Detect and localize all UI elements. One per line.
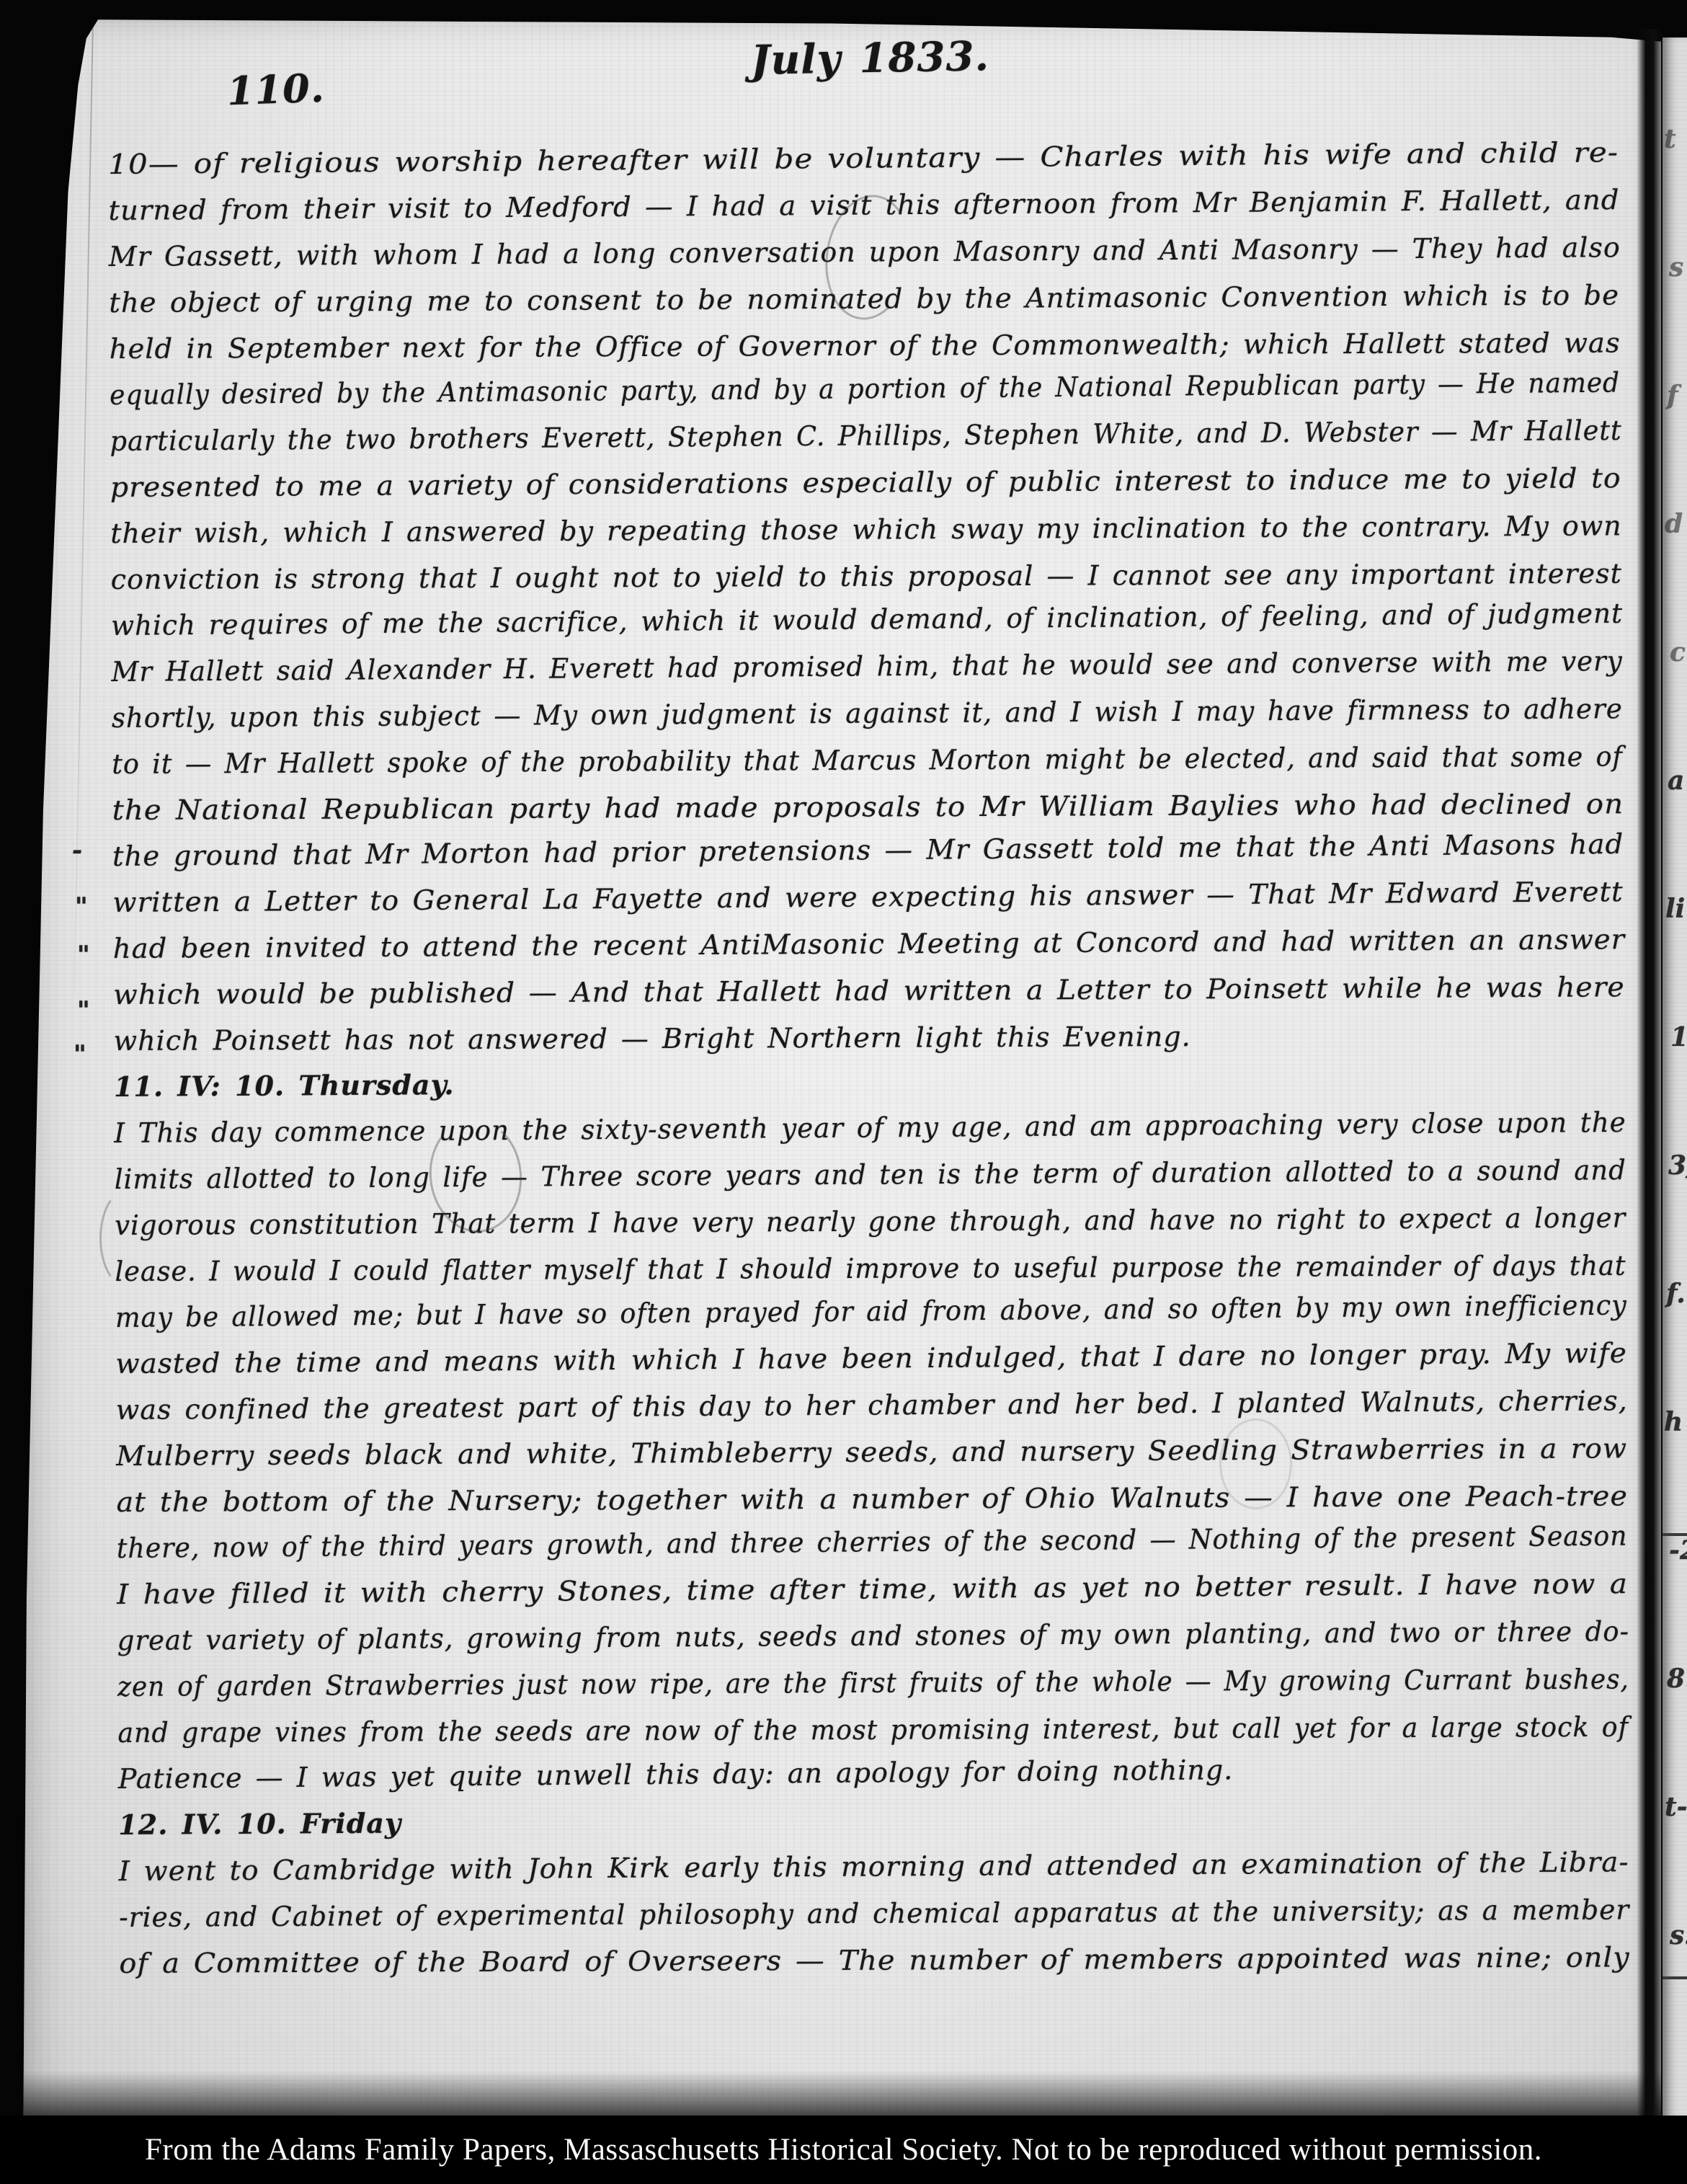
diary-line: had been invited to attend the recent An… [113, 916, 1624, 972]
pencil-annotation-circle [1219, 1419, 1292, 1509]
facing-page-text-fragment: f [1667, 381, 1678, 411]
page-number: 110. [226, 65, 326, 115]
diary-line: I went to Cambridge with John Kirk early… [118, 1839, 1629, 1894]
facing-page-text-fragment: -2 [1669, 1535, 1687, 1566]
diary-line: to it — Mr Hallett spoke of the probabil… [112, 732, 1623, 787]
diary-line: -ries, and Cabinet of experimental philo… [119, 1885, 1630, 1940]
diary-line: was confined the greatest part of this d… [116, 1377, 1627, 1433]
facing-page-text-fragment: 1: [1670, 1022, 1687, 1052]
facing-page-text-fragment: c [1670, 637, 1686, 667]
scanned-manuscript-photo: 110. July 1833. 10— of religious worship… [0, 0, 1687, 2184]
manuscript-page: 110. July 1833. 10— of religious worship… [0, 0, 1661, 2132]
facing-page-text-fragment: li [1665, 894, 1685, 924]
diary-body-text: 10— of religious worship hereafter will … [108, 132, 1631, 1987]
date-header: July 1833. [750, 32, 989, 84]
diary-line: which would be published — And that Hall… [113, 962, 1624, 1018]
caption-band: From the Adams Family Papers, Massaschus… [0, 2116, 1687, 2184]
diary-line: their wish, which I answered by repeatin… [110, 501, 1621, 556]
archive-caption: From the Adams Family Papers, Massaschus… [145, 2132, 1542, 2167]
facing-page-edge: tsfdcali1:3)f.h-28.t-s: [1662, 37, 1687, 2121]
margin-ditto-mark: " [77, 996, 90, 1025]
margin-ditto-mark: " [74, 1040, 86, 1069]
margin-ditto-mark: " [77, 941, 90, 969]
diary-line: limits allotted to long life — Three sco… [115, 1147, 1626, 1202]
binding-gutter-shadow [1637, 29, 1662, 2119]
margin-ditto-mark: " [75, 892, 88, 921]
margin-ditto-mark: - [72, 836, 82, 865]
facing-page-text-fragment: 8. [1667, 1664, 1687, 1694]
facing-page-rule [1662, 1976, 1687, 1979]
facing-page-text-fragment: s [1669, 252, 1683, 283]
diary-line: vigorous constitution That term I have v… [115, 1193, 1626, 1248]
diary-line: and grape vines from the seeds are now o… [117, 1700, 1629, 1756]
facing-page-text-fragment: t [1664, 124, 1676, 154]
diary-line: presented to me a variety of considerati… [110, 455, 1621, 510]
diary-line: of a Committee of the Board of Overseers… [119, 1931, 1630, 1987]
pencil-annotation-arc [99, 1189, 154, 1287]
diary-line: Mulberry seeds black and white, Thimbleb… [116, 1424, 1627, 1479]
facing-page-text-fragment: f. [1666, 1279, 1686, 1309]
facing-page-text-fragment: t- [1665, 1792, 1687, 1822]
facing-page-text-fragment: h [1664, 1407, 1683, 1437]
facing-page-text-fragment: 3) [1668, 1150, 1687, 1181]
facing-page-text-fragment: s: [1670, 1920, 1687, 1950]
diary-line: shortly, upon this subject — My own judg… [112, 685, 1623, 741]
facing-page-text-fragment: a [1668, 765, 1684, 796]
diary-line: zen of garden Strawberries just now ripe… [117, 1654, 1629, 1710]
diary-line: great variety of plants, growing from nu… [117, 1608, 1629, 1664]
facing-page-text-fragment: d [1665, 509, 1683, 539]
